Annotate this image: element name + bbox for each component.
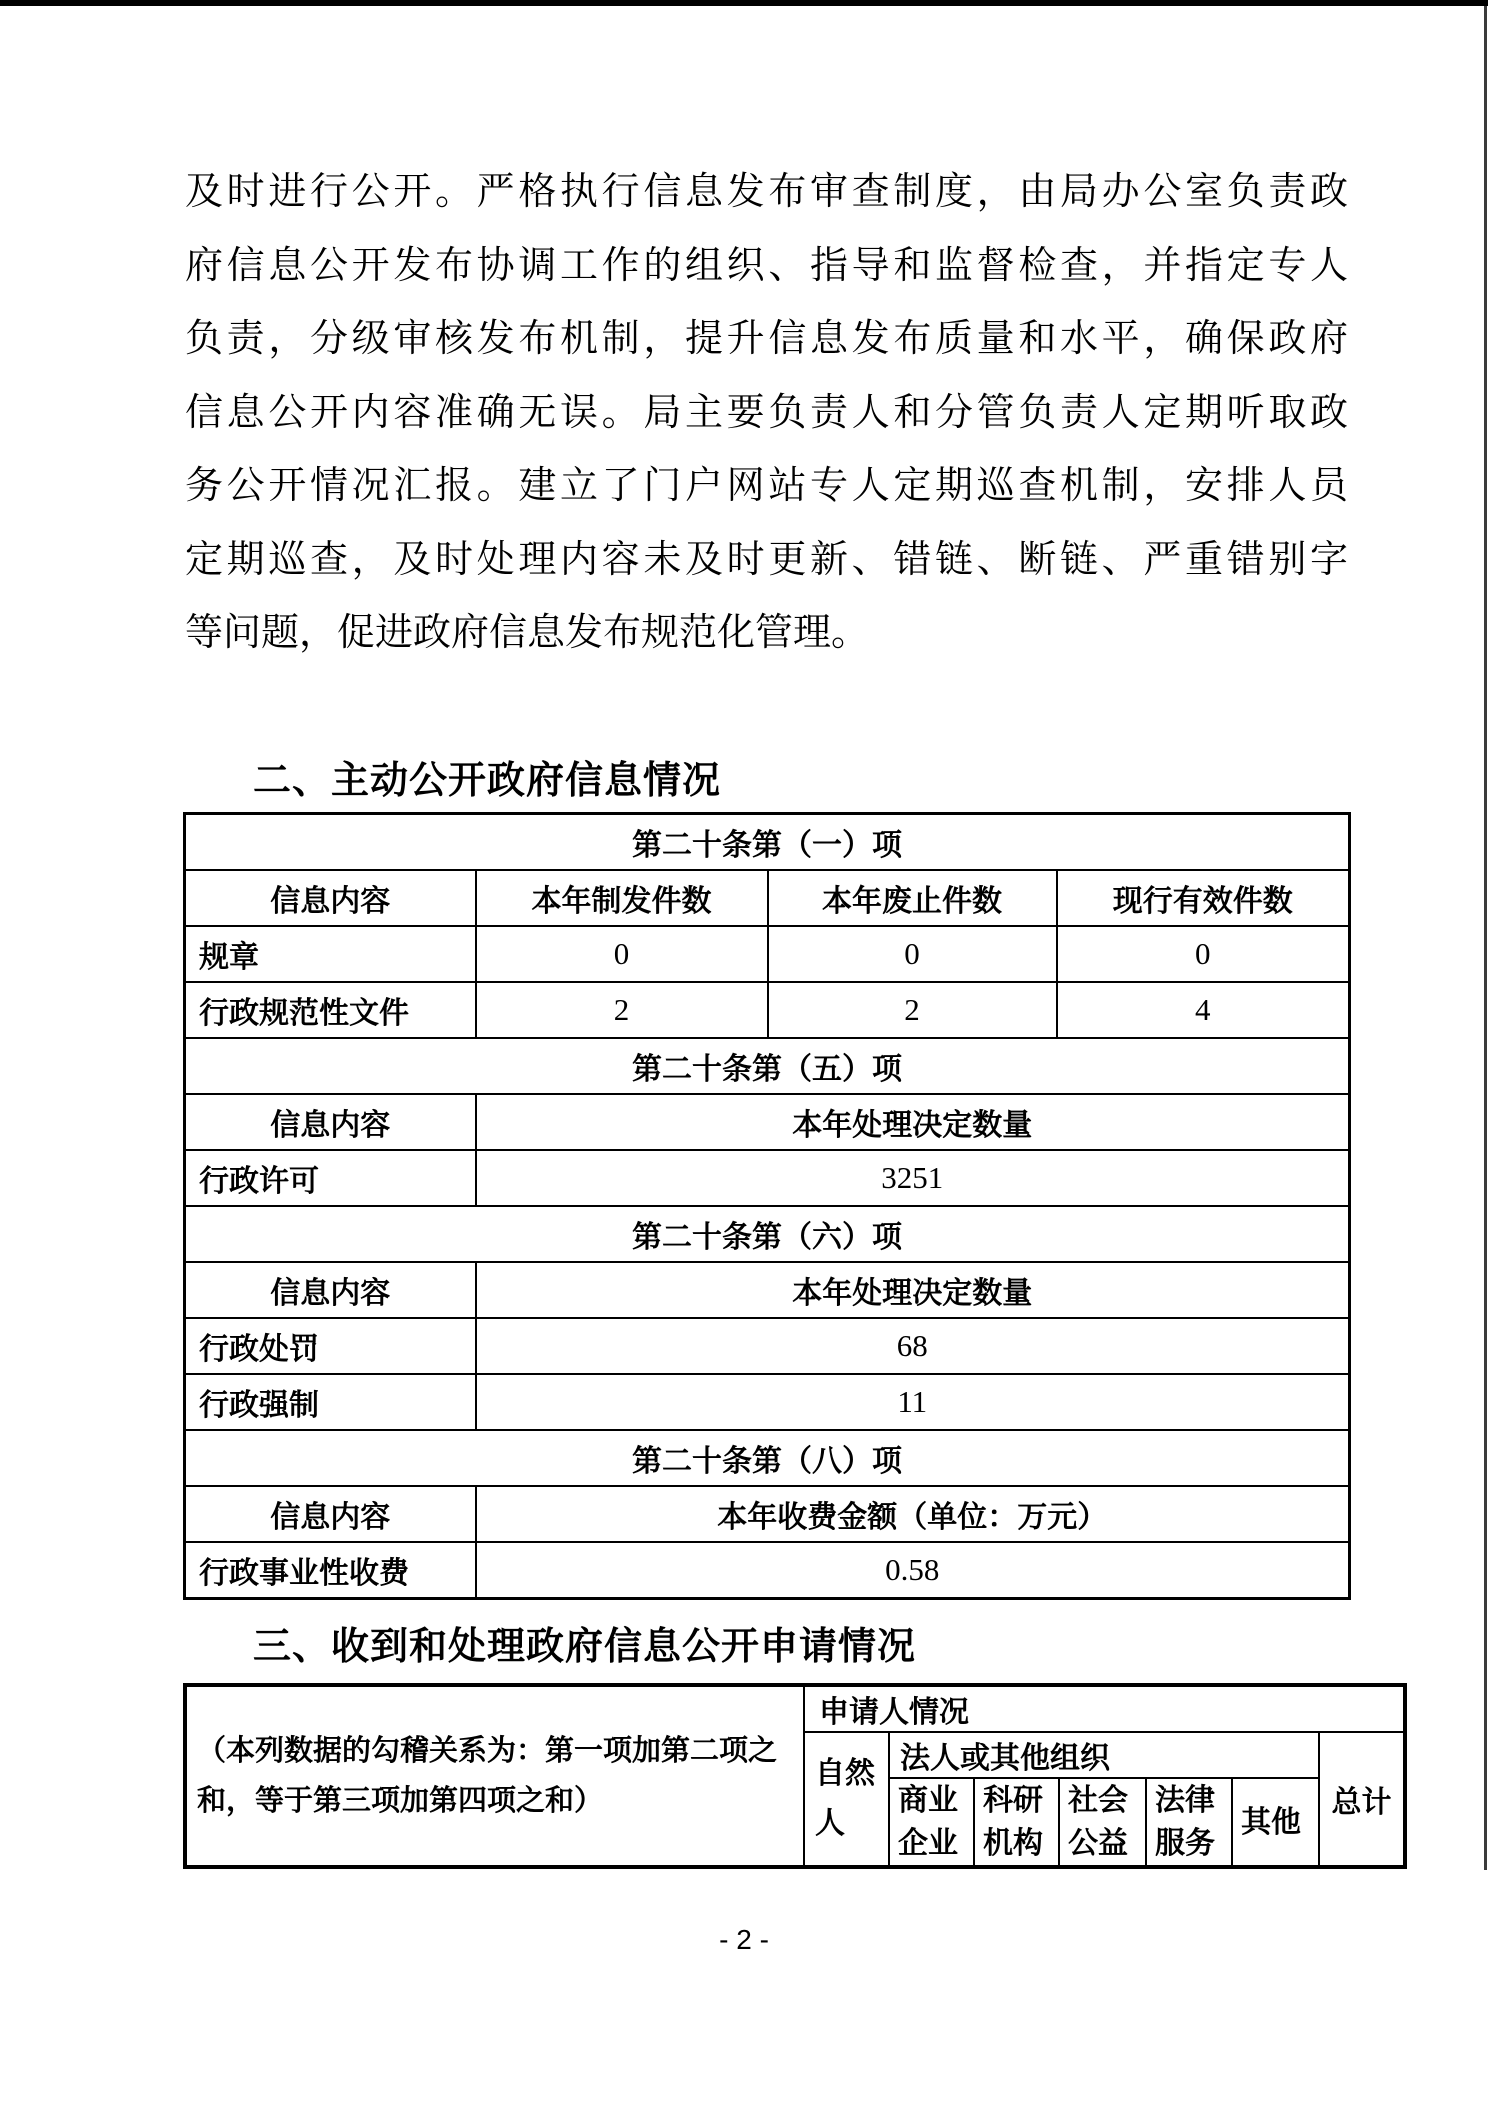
row-label-cell: 行政事业性收费 xyxy=(185,1542,476,1599)
value-cell: 0 xyxy=(1057,926,1350,982)
paragraph-line: 务公开情况汇报。建立了门户网站专人定期巡查机制，安排人员 xyxy=(185,450,1348,524)
col-header-cell: 信息内容 xyxy=(185,1486,476,1542)
value-cell: 3251 xyxy=(476,1150,1350,1206)
table-row: 信息内容 本年处理决定数量 xyxy=(185,1094,1350,1150)
document-page: 及时进行公开。严格执行信息发布审查制度，由局办公室负责政 府信息公开发布协调工作… xyxy=(0,0,1488,2104)
row-label-cell: 行政许可 xyxy=(185,1150,476,1206)
table-row: （本列数据的勾稽关系为：第一项加第二项之和，等于第三项加第四项之和） 申请人情况 xyxy=(185,1685,1405,1732)
part5-title-cell: 第二十条第（五）项 xyxy=(185,1038,1350,1094)
natural-person-cell: 自然人 xyxy=(804,1732,889,1867)
page-right-edge-artifact xyxy=(1484,6,1487,1870)
paragraph-line: 府信息公开发布协调工作的组织、指导和监督检查，并指定专人 xyxy=(185,230,1348,304)
table-row: 行政规范性文件 2 2 4 xyxy=(185,982,1350,1038)
col-header-cell: 现行有效件数 xyxy=(1057,870,1350,926)
table-row: 信息内容 本年处理决定数量 xyxy=(185,1262,1350,1318)
col-header-cell: 本年制发件数 xyxy=(476,870,768,926)
section-3-heading: 三、收到和处理政府信息公开申请情况 xyxy=(253,1624,916,1670)
part8-title-cell: 第二十条第（八）项 xyxy=(185,1430,1350,1486)
part1-title-cell: 第二十条第（一）项 xyxy=(185,814,1350,871)
row-label-cell: 行政处罚 xyxy=(185,1318,476,1374)
row-label-cell: 规章 xyxy=(185,926,476,982)
paragraph-line: 定期巡查，及时处理内容未及时更新、错链、断链、严重错别字 xyxy=(185,524,1348,598)
paragraph-line: 信息公开内容准确无误。局主要负责人和分管负责人定期听取政 xyxy=(185,377,1348,451)
sub-header-cell: 科研机构 xyxy=(974,1778,1059,1867)
section2-table: 第二十条第（一）项 信息内容 本年制发件数 本年废止件数 现行有效件数 规章 0… xyxy=(183,812,1351,1600)
table-row: 第二十条第（六）项 xyxy=(185,1206,1350,1262)
value-cell: 0 xyxy=(476,926,768,982)
sub-header-cell: 其他 xyxy=(1232,1778,1319,1867)
table-row: 信息内容 本年收费金额（单位：万元） xyxy=(185,1486,1350,1542)
value-cell: 0 xyxy=(768,926,1057,982)
note-cell: （本列数据的勾稽关系为：第一项加第二项之和，等于第三项加第四项之和） xyxy=(185,1685,804,1867)
value-cell: 4 xyxy=(1057,982,1350,1038)
value-cell: 68 xyxy=(476,1318,1350,1374)
paragraph-line: 及时进行公开。严格执行信息发布审查制度，由局办公室负责政 xyxy=(185,156,1348,230)
table-row: 行政许可 3251 xyxy=(185,1150,1350,1206)
sub-header-cell: 社会公益 xyxy=(1059,1778,1146,1867)
col-header-cell: 本年处理决定数量 xyxy=(476,1262,1350,1318)
sub-header-cell: 商业企业 xyxy=(889,1778,974,1867)
col-header-cell: 信息内容 xyxy=(185,1262,476,1318)
table-row: 信息内容 本年制发件数 本年废止件数 现行有效件数 xyxy=(185,870,1350,926)
section-2-heading: 二、主动公开政府信息情况 xyxy=(253,758,721,804)
table-row: 行政强制 11 xyxy=(185,1374,1350,1430)
value-cell: 2 xyxy=(768,982,1057,1038)
col-header-cell: 信息内容 xyxy=(185,1094,476,1150)
total-header-cell: 总计 xyxy=(1319,1732,1405,1867)
col-header-cell: 本年废止件数 xyxy=(768,870,1057,926)
paragraph-line: 等问题，促进政府信息发布规范化管理。 xyxy=(185,597,1348,671)
paragraph-line: 负责，分级审核发布机制，提升信息发布质量和水平，确保政府 xyxy=(185,303,1348,377)
value-cell: 2 xyxy=(476,982,768,1038)
legal-org-cell: 法人或其他组织 xyxy=(889,1732,1319,1778)
value-cell: 0.58 xyxy=(476,1542,1350,1599)
col-header-cell: 本年收费金额（单位：万元） xyxy=(476,1486,1350,1542)
table-row: 行政处罚 68 xyxy=(185,1318,1350,1374)
part6-title-cell: 第二十条第（六）项 xyxy=(185,1206,1350,1262)
table-row: 第二十条第（五）项 xyxy=(185,1038,1350,1094)
page-number: - 2 - xyxy=(0,1924,1488,1956)
table-row: 第二十条第（八）项 xyxy=(185,1430,1350,1486)
row-label-cell: 行政强制 xyxy=(185,1374,476,1430)
sub-header-cell: 法律服务 xyxy=(1146,1778,1232,1867)
body-paragraph: 及时进行公开。严格执行信息发布审查制度，由局办公室负责政 府信息公开发布协调工作… xyxy=(185,156,1348,671)
row-label-cell: 行政规范性文件 xyxy=(185,982,476,1038)
col-header-cell: 信息内容 xyxy=(185,870,476,926)
table-row: 行政事业性收费 0.58 xyxy=(185,1542,1350,1599)
table-row: 规章 0 0 0 xyxy=(185,926,1350,982)
page-top-edge-artifact xyxy=(0,0,1488,6)
col-header-cell: 本年处理决定数量 xyxy=(476,1094,1350,1150)
table-row: 第二十条第（一）项 xyxy=(185,814,1350,871)
value-cell: 11 xyxy=(476,1374,1350,1430)
section3-table: （本列数据的勾稽关系为：第一项加第二项之和，等于第三项加第四项之和） 申请人情况… xyxy=(183,1683,1407,1869)
applicant-header-cell: 申请人情况 xyxy=(804,1685,1405,1732)
